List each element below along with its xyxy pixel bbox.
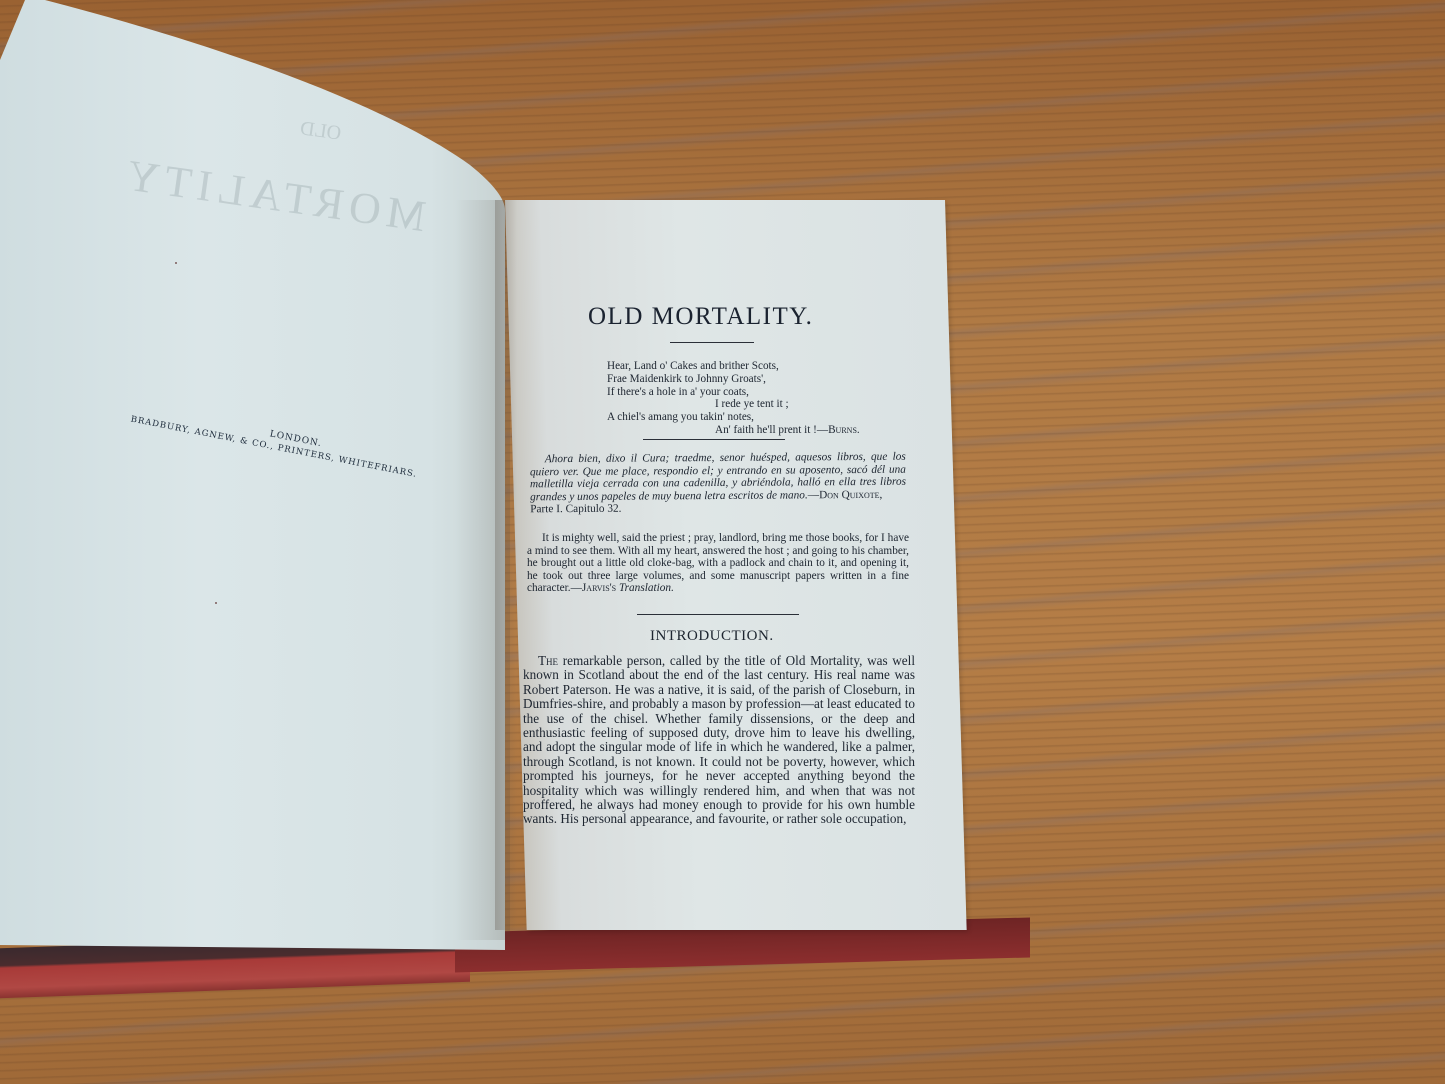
english-attribution-work: Translation. [619, 582, 674, 594]
epigraph-english: It is mighty well, said the priest ; pra… [527, 532, 909, 595]
epigraph-rule [643, 439, 785, 440]
introduction-body: The remarkable person, called by the tit… [523, 654, 915, 827]
page-speck [215, 602, 217, 604]
title-rule [670, 342, 754, 343]
page-title: OLD MORTALITY. [588, 303, 813, 331]
poem-line: If there's a hole in a' your coats, [607, 386, 860, 399]
spanish-attribution: —Don Quixote, [808, 489, 883, 502]
english-attribution-name: —Jarvis's [571, 582, 617, 594]
spanish-reference: Parte I. Capitulo 32. [530, 501, 906, 516]
body-paragraph: remarkable person, called by the title o… [523, 653, 915, 826]
poem-line: Hear, Land o' Cakes and brither Scots, [607, 360, 860, 373]
poem-line: An' faith he'll prent it ! [715, 424, 817, 436]
poem-attribution: —Burns. [817, 424, 860, 436]
poem-line: I rede ye tent it ; [607, 398, 860, 411]
poem-line: A chiel's amang you takin' notes, [607, 411, 860, 424]
section-heading: INTRODUCTION. [650, 628, 774, 645]
book-gutter [495, 200, 517, 930]
poem-line: Frae Maidenkirk to Johnny Groats', [607, 373, 860, 386]
page-speck [175, 262, 177, 264]
epigraph-spanish: Ahora bien, dixo il Cura; traedme, senor… [530, 451, 906, 517]
section-rule [637, 614, 799, 615]
epigraph-poem: Hear, Land o' Cakes and brither Scots, F… [607, 360, 860, 437]
lead-word: The [538, 653, 558, 668]
